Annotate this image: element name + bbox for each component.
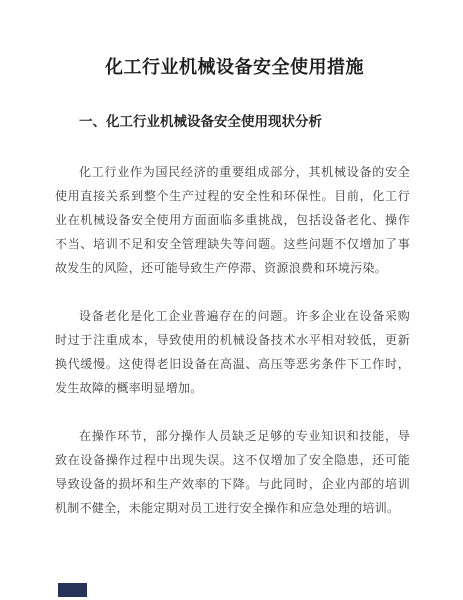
paragraph-operation-training: 在操作环节，部分操作人员缺乏足够的专业知识和技能，导致在设备操作过程中出现失误。… [55,424,410,520]
document-page: 化工行业机械设备安全使用措施 一、化工行业机械设备安全使用现状分析 化工行业作为… [0,0,463,600]
footer-logo-mark [58,583,87,597]
section-heading: 一、化工行业机械设备安全使用现状分析 [55,110,410,134]
paragraph-current-status-overview: 化工行业作为国民经济的重要组成部分，其机械设备的安全使用直接关系到整个生产过程的… [55,160,410,280]
document-title: 化工行业机械设备安全使用措施 [56,54,413,80]
paragraph-equipment-aging: 设备老化是化工企业普遍存在的问题。许多企业在设备采购时过于注重成本，导致使用的机… [55,304,410,400]
